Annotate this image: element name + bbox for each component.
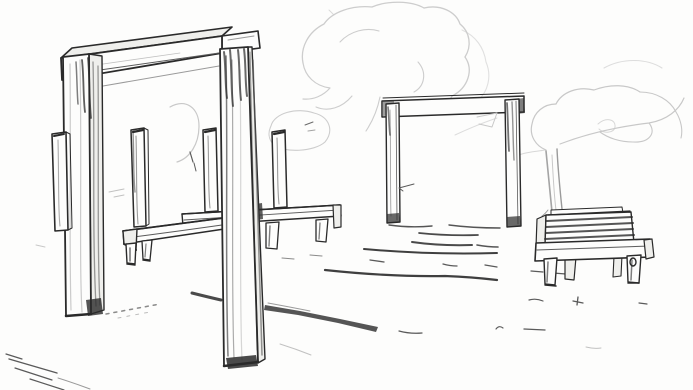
sketch-svg: [0, 0, 693, 390]
plank-post-4: [272, 130, 287, 208]
background-gate-left-post: [386, 103, 400, 223]
sketch-canvas: [0, 0, 693, 390]
plank-post-3: [203, 128, 218, 212]
